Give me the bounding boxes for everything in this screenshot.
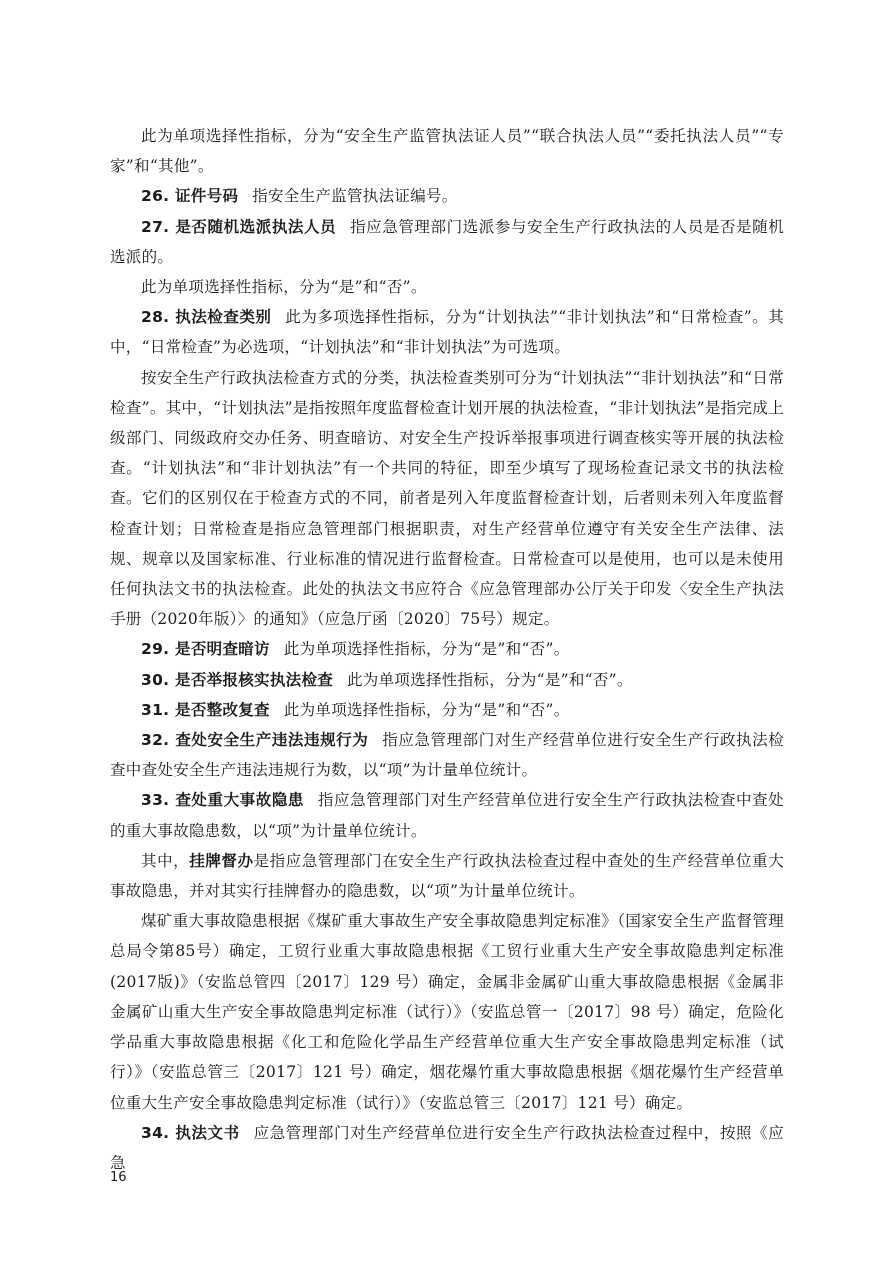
paragraph-item-34: 34. 执法文书应急管理部门对生产经营单位进行安全生产行政执法检查过程中，按照《… bbox=[110, 1118, 784, 1178]
item-definition-31: 此为单项选择性指标，分为“是”和“否”。 bbox=[284, 701, 570, 719]
paragraph-item-33: 33. 查处重大事故隐患指应急管理部门对生产经营单位进行安全生产行政执法检查中查… bbox=[110, 785, 784, 845]
paragraph-item-30: 30. 是否举报核实执法检查此为单项选择性指标，分为“是”和“否”。 bbox=[110, 665, 784, 695]
paragraph-item-27: 27. 是否随机选派执法人员指应急管理部门选派参与安全生产行政执法的人员是否是随… bbox=[110, 212, 784, 272]
paragraph-prefix: 其中， bbox=[141, 852, 189, 870]
paragraph-item-26: 26. 证件号码指安全生产监管执法证编号。 bbox=[110, 181, 784, 211]
paragraph-text: 此为单项选择性指标，分为“是”和“否”。 bbox=[141, 278, 427, 296]
page-number: 16 bbox=[110, 1170, 127, 1185]
item-term-27: 27. 是否随机选派执法人员 bbox=[141, 218, 336, 236]
paragraph-item-28: 28. 执法检查类别此为多项选择性指标，分为“计划执法”“非计划执法”和“日常检… bbox=[110, 302, 784, 362]
item-term-30: 30. 是否举报核实执法检查 bbox=[141, 671, 333, 689]
item-definition-29: 此为单项选择性指标，分为“是”和“否”。 bbox=[284, 640, 570, 658]
paragraph-hazard-standards: 煤矿重大事故隐患根据《煤矿重大事故生产安全事故隐患判定标准》（国家安全生产监督管… bbox=[110, 906, 784, 1117]
paragraph-text: 煤矿重大事故隐患根据《煤矿重大事故生产安全事故隐患判定标准》（国家安全生产监督管… bbox=[110, 912, 784, 1111]
paragraph-item-32: 32. 查处安全生产违法违规行为指应急管理部门对生产经营单位进行安全生产行政执法… bbox=[110, 725, 784, 785]
paragraph-supervised-hazards: 其中，挂牌督办是指应急管理部门在安全生产行政执法检查过程中查处的生产经营单位重大… bbox=[110, 846, 784, 906]
item-definition-30: 此为单项选择性指标，分为“是”和“否”。 bbox=[347, 671, 633, 689]
item-term-33: 33. 查处重大事故隐患 bbox=[141, 791, 304, 809]
document-page-body: 此为单项选择性指标，分为“安全生产监管执法证人员”“联合执法人员”“委托执法人员… bbox=[110, 121, 784, 1178]
item-term-32: 32. 查处安全生产违法违规行为 bbox=[141, 731, 368, 749]
paragraph-text: 此为单项选择性指标，分为“安全生产监管执法证人员”“联合执法人员”“委托执法人员… bbox=[110, 127, 784, 175]
item-definition-26: 指安全生产监管执法证编号。 bbox=[252, 187, 457, 205]
paragraph-enforcer-type-options: 此为单项选择性指标，分为“安全生产监管执法证人员”“联合执法人员”“委托执法人员… bbox=[110, 121, 784, 181]
item-term-31: 31. 是否整改复查 bbox=[141, 701, 270, 719]
item-term-28: 28. 执法检查类别 bbox=[141, 308, 271, 326]
inline-term-supervised: 挂牌督办 bbox=[189, 852, 253, 870]
paragraph-item-27-options: 此为单项选择性指标，分为“是”和“否”。 bbox=[110, 272, 784, 302]
paragraph-text: 按安全生产行政执法检查方式的分类，执法检查类别可分为“计划执法”“非计划执法”和… bbox=[110, 369, 784, 629]
paragraph-inspection-category-explanation: 按安全生产行政执法检查方式的分类，执法检查类别可分为“计划执法”“非计划执法”和… bbox=[110, 363, 784, 635]
item-term-26: 26. 证件号码 bbox=[141, 187, 238, 205]
paragraph-item-31: 31. 是否整改复查此为单项选择性指标，分为“是”和“否”。 bbox=[110, 695, 784, 725]
item-term-34: 34. 执法文书 bbox=[141, 1124, 240, 1142]
item-term-29: 29. 是否明查暗访 bbox=[141, 640, 270, 658]
paragraph-item-29: 29. 是否明查暗访此为单项选择性指标，分为“是”和“否”。 bbox=[110, 634, 784, 664]
